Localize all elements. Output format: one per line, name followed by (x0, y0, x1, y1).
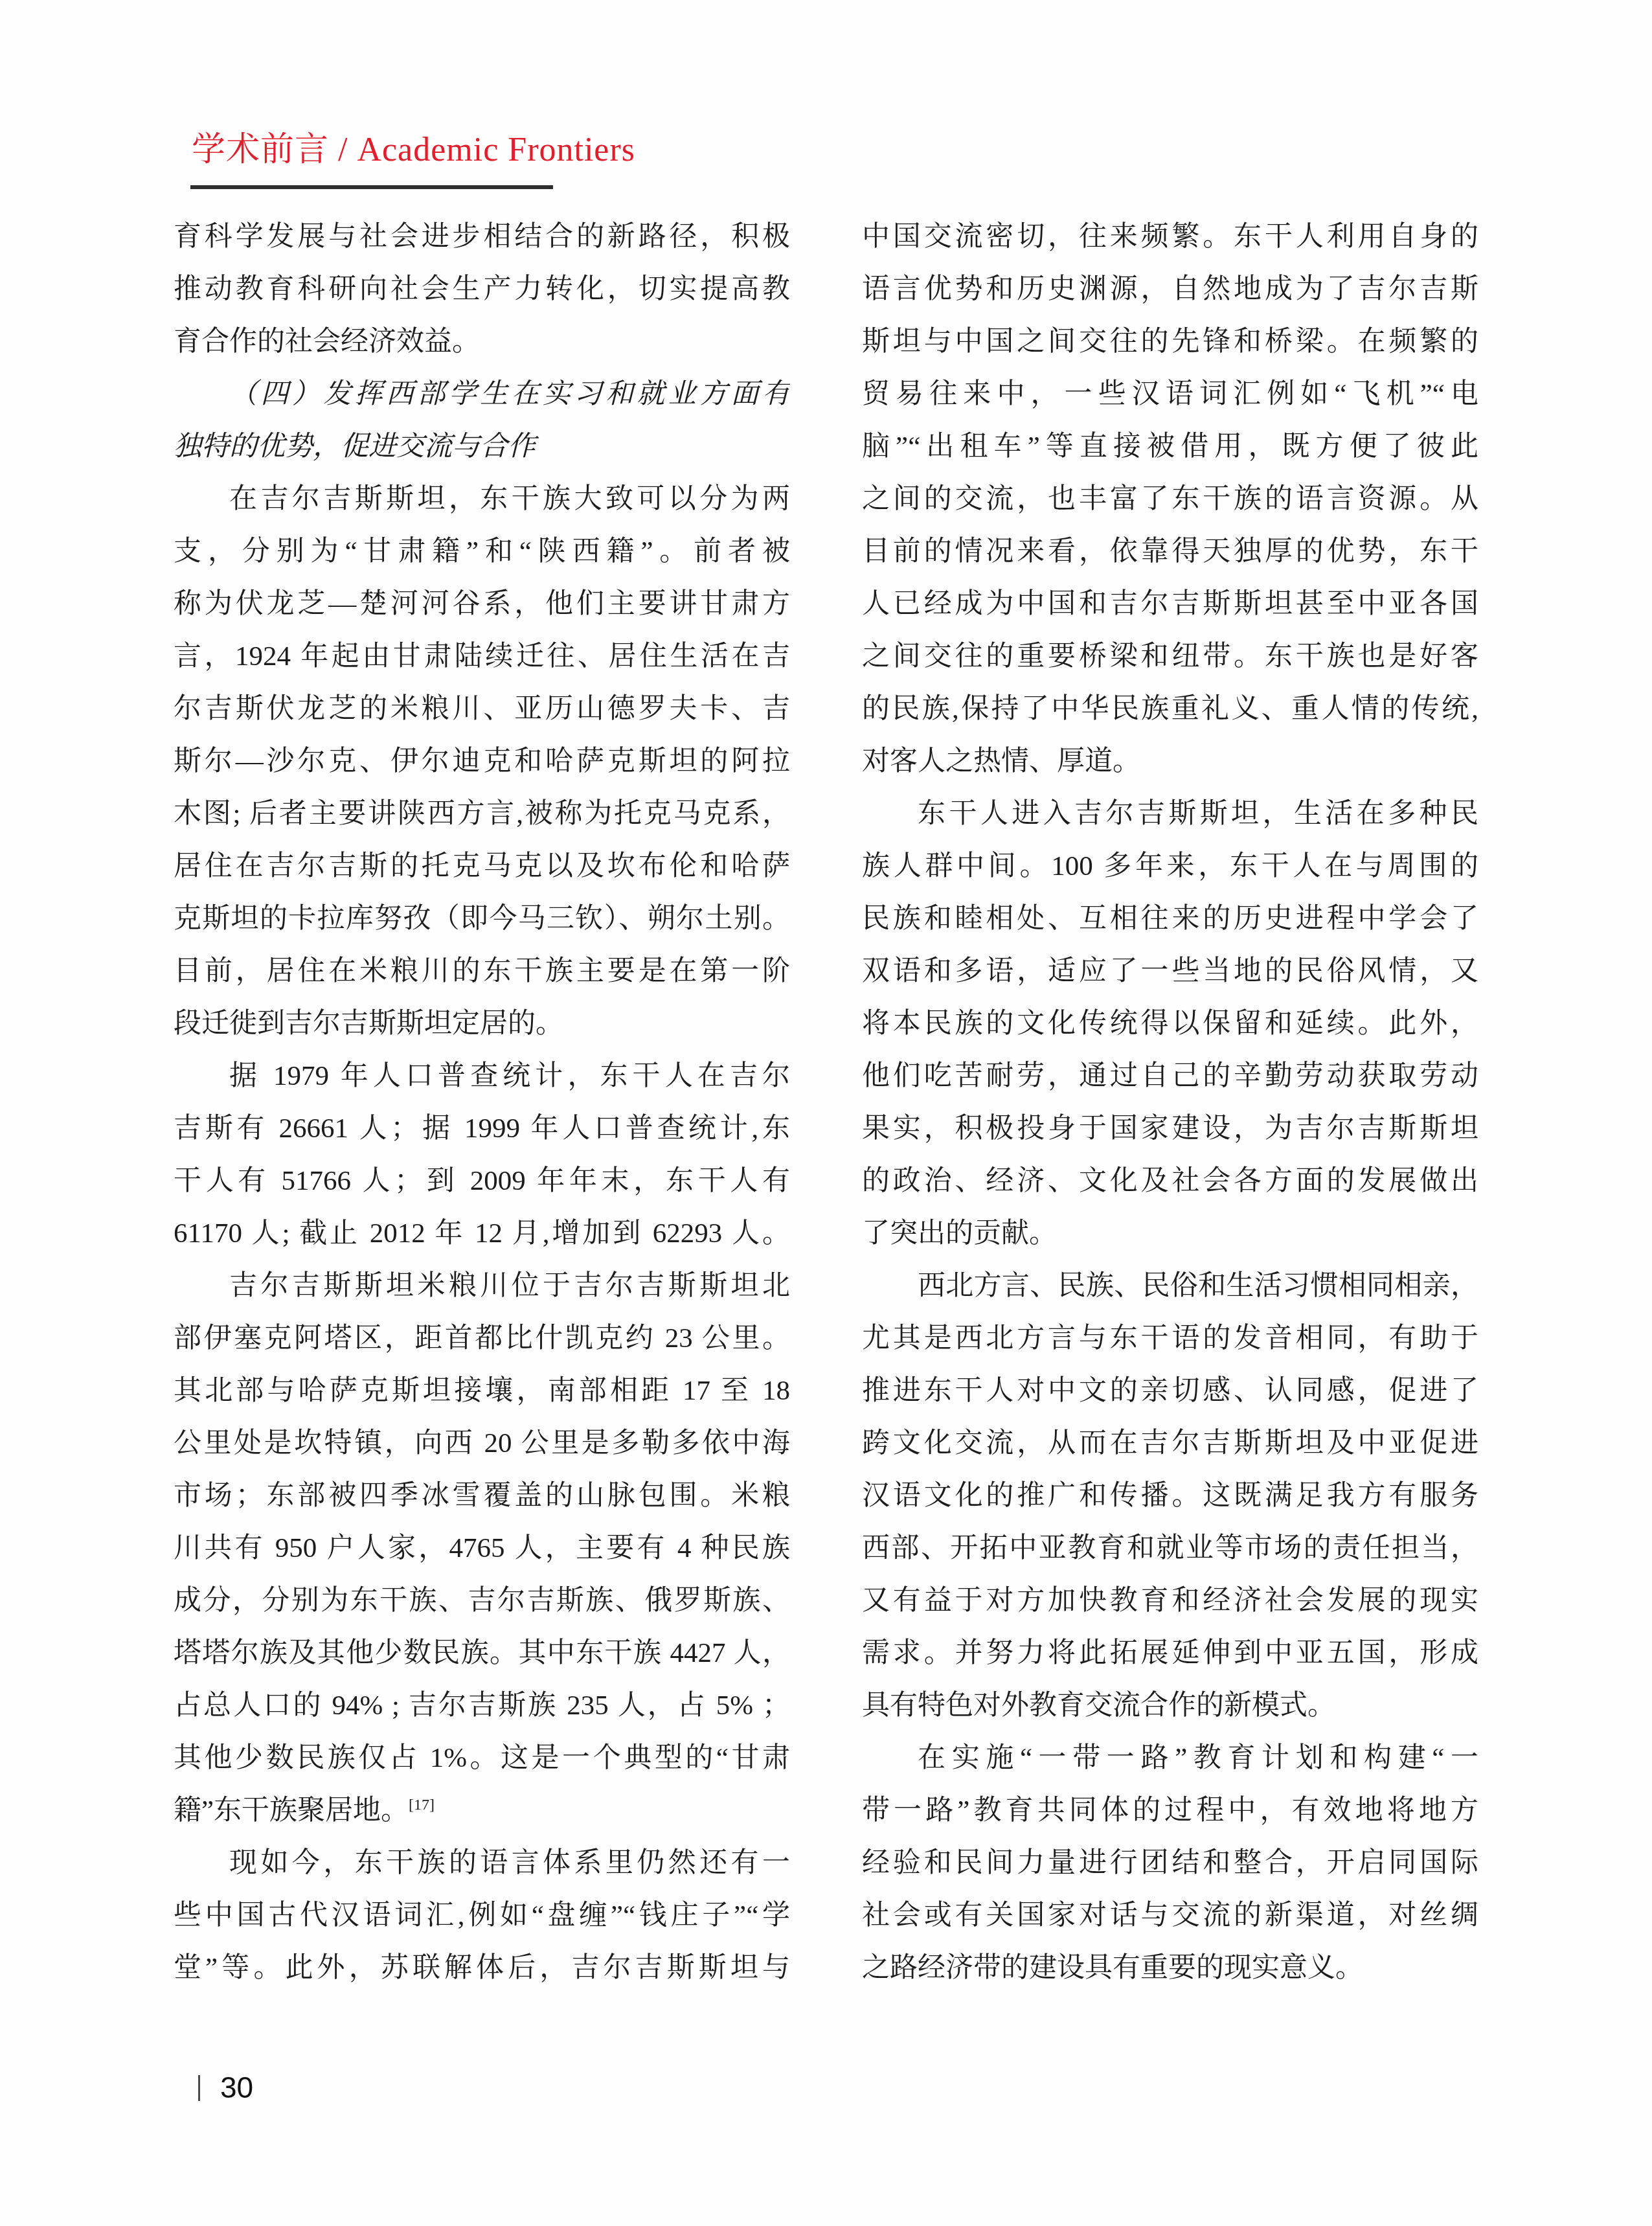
text-line: 育合作的社会经济效益。 (174, 315, 790, 368)
header-rule (190, 185, 553, 189)
text-line: 61170 人; 截止 2012 年 12 月,增加到 62293 人。 (174, 1207, 790, 1260)
text-line: 吉斯有 26661 人；据 1999 年人口普查统计,东 (174, 1102, 790, 1155)
text-line: 目前，居住在米粮川的东干族主要是在第一阶 (174, 945, 790, 997)
page-number: 30 (220, 2070, 253, 2105)
text-line: 果实，积极投身于国家建设，为吉尔吉斯斯坦 (862, 1102, 1478, 1155)
text-line: 了突出的贡献。 (862, 1207, 1478, 1260)
text-line: 斯尔—沙尔克、伊尔迪克和哈萨克斯坦的阿拉 (174, 735, 790, 788)
text-line: 带一路”教育共同体的过程中，有效地将地方 (862, 1784, 1478, 1837)
text-column-right: 中国交流密切，往来频繁。东干人利用自身的语言优势和历史渊源，自然地成为了吉尔吉斯… (862, 210, 1478, 1994)
text-line: 的政治、经济、文化及社会各方面的发展做出 (862, 1155, 1478, 1207)
page-number-rule (198, 2075, 200, 2101)
text-line: 族人群中间。100 多年来，东干人在与周围的 (862, 840, 1478, 892)
text-line: 汉语文化的推广和传播。这既满足我方有服务 (862, 1470, 1478, 1522)
text-line: 经验和民间力量进行团结和整合，开启同国际 (862, 1837, 1478, 1889)
text-line: 吉尔吉斯斯坦米粮川位于吉尔吉斯斯坦北 (174, 1260, 790, 1312)
text-line: 需求。并努力将此拓展延伸到中亚五国，形成 (862, 1627, 1478, 1679)
text-line: 段迁徙到吉尔吉斯斯坦定居的。 (174, 997, 790, 1050)
text-line: 据 1979 年人口普查统计，东干人在吉尔 (174, 1050, 790, 1102)
journal-section-header: 学术前言 / Academic Frontiers (192, 131, 635, 170)
text-line: 育科学发展与社会进步相结合的新路径，积极 (174, 210, 790, 263)
text-line: 中国交流密切，往来频繁。东干人利用自身的 (862, 210, 1478, 263)
text-line: 川共有 950 户人家，4765 人，主要有 4 种民族 (174, 1522, 790, 1574)
text-line: 对客人之热情、厚道。 (862, 735, 1478, 788)
text-line: 克斯坦的卡拉库努孜（即今马三钦）、朔尔土别。 (174, 892, 790, 945)
text-line: 贸易往来中，一些汉语词汇例如“飞机”“电 (862, 368, 1478, 420)
text-line: 尔吉斯伏龙芝的米粮川、亚历山德罗夫卡、吉 (174, 683, 790, 735)
text-line: 在吉尔吉斯斯坦，东干族大致可以分为两 (174, 473, 790, 525)
text-line: 市场；东部被四季冰雪覆盖的山脉包围。米粮 (174, 1470, 790, 1522)
text-line: 公里处是坎特镇，向西 20 公里是多勒多依中海 (174, 1417, 790, 1470)
text-line: 推进东干人对中文的亲切感、认同感，促进了 (862, 1365, 1478, 1417)
text-line: 干人有 51766 人；到 2009 年年末，东干人有 (174, 1155, 790, 1207)
text-line: 社会或有关国家对话与交流的新渠道，对丝绸 (862, 1889, 1478, 1942)
text-line: 东干人进入吉尔吉斯斯坦，生活在多种民 (862, 788, 1478, 840)
journal-page: 学术前言 / Academic Frontiers 育科学发展与社会进步相结合的… (0, 0, 1652, 2226)
text-line: 其北部与哈萨克斯坦接壤，南部相距 17 至 18 (174, 1365, 790, 1417)
text-line: 语言优势和历史渊源，自然地成为了吉尔吉斯 (862, 263, 1478, 315)
text-line: 目前的情况来看，依靠得天独厚的优势，东干 (862, 525, 1478, 578)
text-line: 的民族,保持了中华民族重礼义、重人情的传统, (862, 683, 1478, 735)
text-line: 斯坦与中国之间交往的先锋和桥梁。在频繁的 (862, 315, 1478, 368)
text-line: 现如今，东干族的语言体系里仍然还有一 (174, 1837, 790, 1889)
text-line: 些中国古代汉语词汇,例如“盘缠”“钱庄子”“学 (174, 1889, 790, 1942)
text-line: 居住在吉尔吉斯的托克马克以及坎布伦和哈萨 (174, 840, 790, 892)
text-line: 跨文化交流，从而在吉尔吉斯斯坦及中亚促进 (862, 1417, 1478, 1470)
text-line: 部伊塞克阿塔区，距首都比什凯克约 23 公里。 (174, 1312, 790, 1365)
text-line: 籍”东干族聚居地。[17] (174, 1784, 790, 1837)
text-line: 西北方言、民族、民俗和生活习惯相同相亲， (862, 1260, 1478, 1312)
text-line: 称为伏龙芝—楚河河谷系，他们主要讲甘肃方 (174, 578, 790, 630)
text-line: 具有特色对外教育交流合作的新模式。 (862, 1679, 1478, 1732)
text-line: 言，1924 年起由甘肃陆续迁往、居住生活在吉 (174, 630, 790, 683)
text-line: 民族和睦相处、互相往来的历史进程中学会了 (862, 892, 1478, 945)
subheading-line: （四）发挥西部学生在实习和就业方面有 (174, 368, 790, 420)
text-line: 在实施“一带一路”教育计划和构建“一 (862, 1732, 1478, 1784)
text-line: 塔塔尔族及其他少数民族。其中东干族 4427 人， (174, 1627, 790, 1679)
subheading-line: 独特的优势，促进交流与合作 (174, 420, 790, 473)
text-line: 将本民族的文化传统得以保留和延续。此外， (862, 997, 1478, 1050)
text-line: 之间交往的重要桥梁和纽带。东干族也是好客 (862, 630, 1478, 683)
text-line: 成分，分别为东干族、吉尔吉斯族、俄罗斯族、 (174, 1574, 790, 1627)
text-line: 其他少数民族仅占 1%。这是一个典型的“甘肃 (174, 1732, 790, 1784)
text-line: 之路经济带的建设具有重要的现实意义。 (862, 1942, 1478, 1994)
text-line: 堂”等。此外，苏联解体后，吉尔吉斯斯坦与 (174, 1942, 790, 1994)
text-line: 又有益于对方加快教育和经济社会发展的现实 (862, 1574, 1478, 1627)
text-line: 支，分别为“甘肃籍”和“陕西籍”。前者被 (174, 525, 790, 578)
footnote-ref: [17] (409, 1797, 435, 1813)
text-line: 木图; 后者主要讲陕西方言,被称为托克马克系， (174, 788, 790, 840)
text-line: 他们吃苦耐劳，通过自己的辛勤劳动获取劳动 (862, 1050, 1478, 1102)
text-line: 双语和多语，适应了一些当地的民俗风情，又 (862, 945, 1478, 997)
text-line: 占总人口的 94% ; 吉尔吉斯族 235 人，占 5% ； (174, 1679, 790, 1732)
text-line: 脑”“出租车”等直接被借用，既方便了彼此 (862, 420, 1478, 473)
text-line: 推动教育科研向社会生产力转化，切实提高教 (174, 263, 790, 315)
text-column-left: 育科学发展与社会进步相结合的新路径，积极推动教育科研向社会生产力转化，切实提高教… (174, 210, 790, 1994)
text-line: 人已经成为中国和吉尔吉斯斯坦甚至中亚各国 (862, 578, 1478, 630)
text-line: 尤其是西北方言与东干语的发音相同，有助于 (862, 1312, 1478, 1365)
text-line: 之间的交流，也丰富了东干族的语言资源。从 (862, 473, 1478, 525)
text-line: 西部、开拓中亚教育和就业等市场的责任担当， (862, 1522, 1478, 1574)
